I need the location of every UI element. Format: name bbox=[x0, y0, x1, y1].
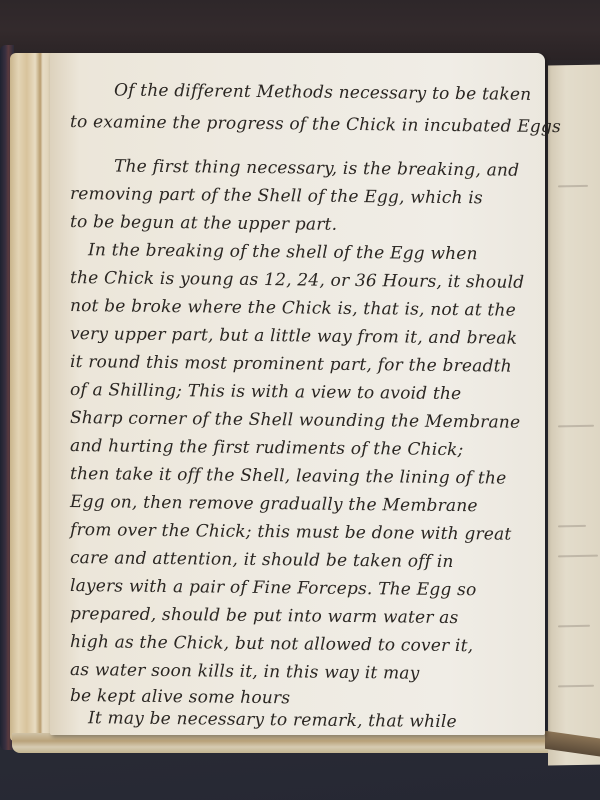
paragraph-2-line: prepared, should be put into warm water … bbox=[70, 604, 459, 628]
paragraph-1-line: to be begun at the upper part. bbox=[70, 212, 337, 235]
paragraph-2-line: layers with a pair of Fine Forceps. The … bbox=[70, 576, 477, 600]
faint-writing bbox=[558, 555, 598, 558]
faint-writing bbox=[558, 625, 590, 628]
paragraph-3-line: It may be necessary to remark, that whil… bbox=[70, 708, 457, 732]
faint-writing bbox=[558, 425, 594, 428]
paragraph-2-line: high as the Chick, but not allowed to co… bbox=[70, 632, 473, 656]
paragraph-2-line: be kept alive some hours bbox=[70, 686, 290, 708]
open-book bbox=[0, 45, 600, 765]
paragraph-2-line: and hurting the first rudiments of the C… bbox=[70, 436, 464, 460]
paragraph-2-line: In the breaking of the shell of the Egg … bbox=[70, 240, 478, 264]
page-bottom-edge bbox=[12, 733, 552, 753]
paragraph-2-line: as water soon kills it, in this way it m… bbox=[70, 660, 420, 684]
faint-writing bbox=[558, 525, 586, 527]
faint-writing bbox=[558, 185, 588, 188]
facing-page bbox=[548, 64, 600, 765]
paragraph-2-line: Egg on, then remove gradually the Membra… bbox=[70, 492, 478, 516]
page-stack-edge bbox=[10, 53, 52, 741]
paragraph-2-line: of a Shilling; This is with a view to av… bbox=[70, 380, 462, 404]
paragraph-2-line: care and attention, it should be taken o… bbox=[70, 548, 454, 572]
faint-writing bbox=[558, 685, 594, 688]
